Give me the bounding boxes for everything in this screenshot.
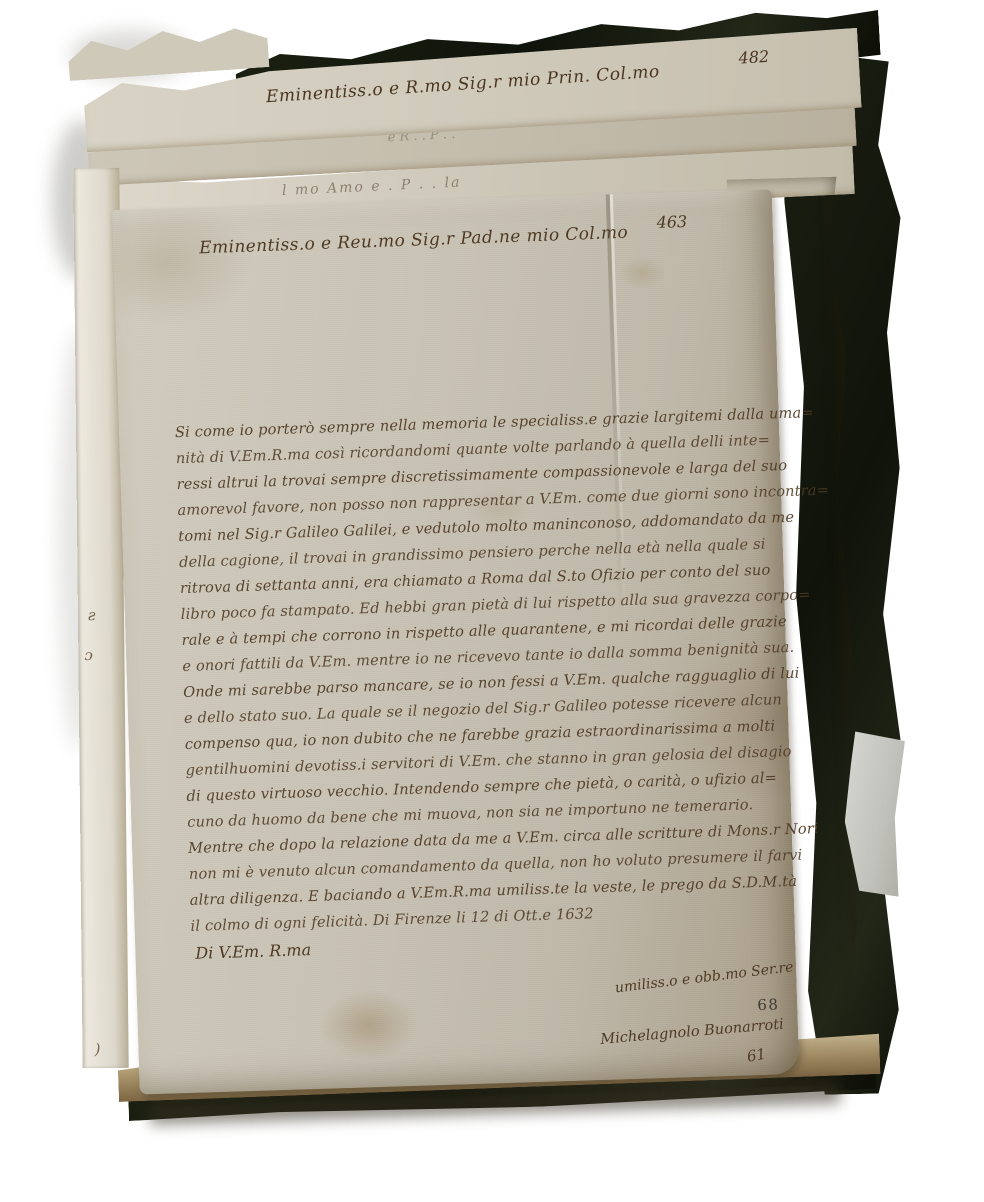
letter-header: Eminentiss.o e Reu.mo Sig.r Pad.ne mio C… [199,223,629,259]
letter-signature: Michelagnolo Buonarroti [600,1017,785,1048]
top-sheet-page-number: 482 [738,47,770,68]
torn-paper-scrap [67,19,270,81]
margin-mark: ) [94,1040,100,1058]
letter-page: Eminentiss.o e Reu.mo Sig.r Pad.ne mio C… [112,189,799,1094]
margin-mark: ƨ [88,606,96,624]
letter-body: Si come io porterò sempre nella memoria … [175,401,791,940]
top-sheet-header: Eminentiss.o e R.mo Sig.r mio Prin. Col.… [265,62,660,107]
letter-page-number: 463 [656,212,687,232]
photograph-of-bound-manuscript: l mo Amo e . P . . la e R . . P . . Emin… [0,0,984,1202]
letter-closing: umiliss.o e obb.mo Ser.re [614,959,794,996]
letter-subscription: Di V.Em. R.ma [195,940,311,963]
signature-number: 61 [745,1045,767,1066]
margin-mark: ɔ [84,646,93,664]
under-sheet-fragment: l mo Amo e . P . . la [282,175,462,199]
folio-stamp: 68 [757,995,780,1014]
